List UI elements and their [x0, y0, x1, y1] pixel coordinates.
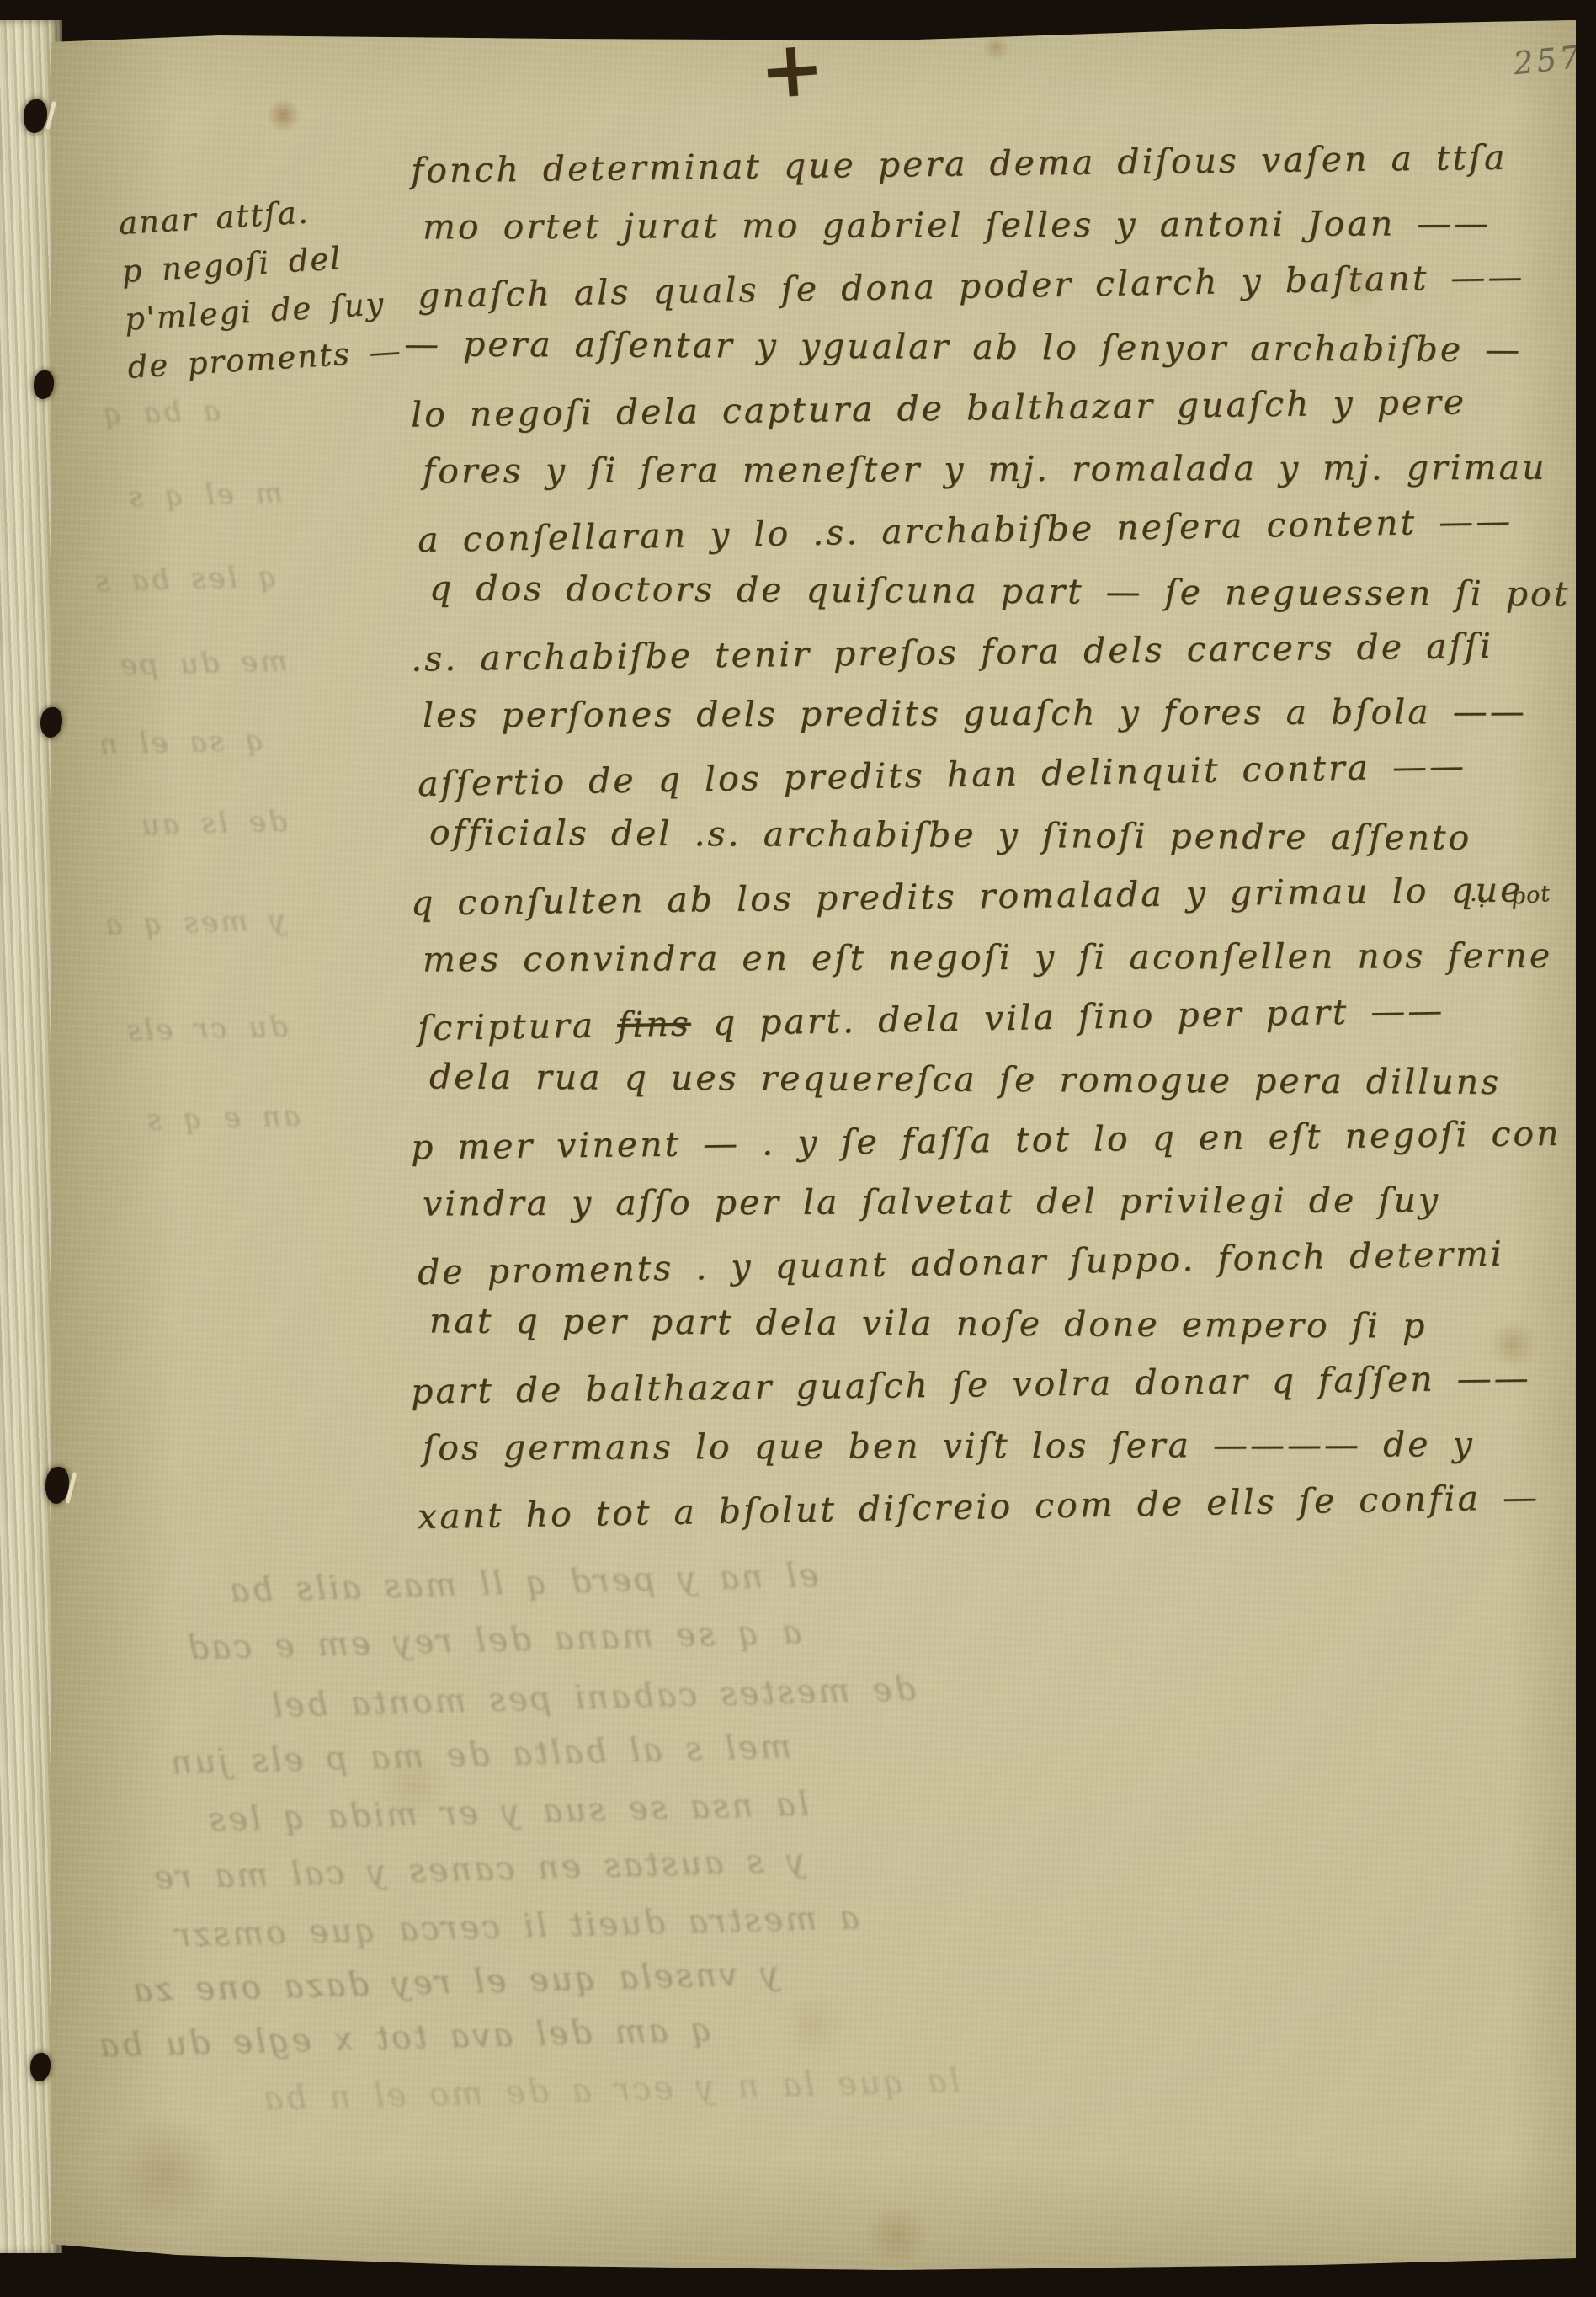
bleedthrough-fragment: a ba q — [101, 394, 221, 431]
text-line: q dos doctors de quiſcuna part — ſe negu… — [429, 557, 1589, 625]
text-line: xant ho tot a bſolut diſcreio com de ell… — [417, 1466, 1589, 1548]
text-line: .s. archabiſbe tenir preſos fora dels ca… — [411, 614, 1590, 690]
body-text: fonch determinat que pera dema diſous va… — [411, 133, 1589, 1538]
text-line: officials del .s. archabiſbe y ſinoſi pe… — [429, 802, 1589, 869]
text-line: nat q per part dela vila noſe done emper… — [429, 1290, 1589, 1357]
photo-backdrop: + 257 anar attſa. p negoſi del p'mlegi d… — [0, 0, 1596, 2297]
folio-number: 257 — [1512, 39, 1585, 82]
cross-mark: + — [756, 21, 827, 116]
text-line: part de balthazar guaſch ſe volra donar … — [411, 1346, 1590, 1422]
bleedthrough-line: el na y perd q ll mas ails ba — [227, 1557, 819, 1610]
text-line: dela rua q ues requereſca ſe romogue per… — [429, 1046, 1589, 1113]
bleedthrough-fragment: de ls au — [139, 805, 288, 843]
text-line: p mer vinent — . y ſe faſſa tot lo q en … — [411, 1102, 1590, 1178]
margin-note: anar attſa. p negoſi del p'mlegi de ſuy … — [117, 181, 431, 392]
interlinear-insertion: ·:· pot — [1467, 864, 1553, 932]
bleedthrough-fragment: m el q s — [126, 477, 284, 514]
bleedthrough-line: la que la n y ecr a de mo el n ba — [261, 2062, 960, 2118]
bleedthrough-fragment: du cr els — [125, 1010, 289, 1047]
bleedthrough-fragment: q les ba s — [93, 560, 278, 599]
text-line: q conſulten ab los predits romalada y gr… — [411, 858, 1590, 934]
struck-word: fins — [617, 1003, 692, 1045]
text-line: — pera aſſentar y ygualar ab lo ſenyor a… — [404, 313, 1589, 381]
text-segment: ſcriptura — [418, 1005, 618, 1048]
bleedthrough-line: de mestes cabani pes monta bel — [269, 1671, 917, 1725]
bleedthrough-line: la nsa se sua y er mida q les — [206, 1786, 810, 1840]
bleedthrough-fragment: q sa el n — [97, 723, 265, 761]
text-line: lo negoſi dela captura de balthazar guaſ… — [411, 370, 1590, 445]
text-line: fonch determinat que pera dema diſous va… — [411, 125, 1590, 201]
bleedthrough-line: q am del ava tot x egle du ba — [97, 2011, 713, 2065]
bleedthrough-fragment: me du pe — [118, 644, 289, 682]
bleedthrough-line: mel s al balta de ma p els jun — [168, 1728, 792, 1782]
bleedthrough-fragment: an e q s — [145, 1100, 301, 1138]
bleedthrough-fragment: y mes q a — [103, 903, 286, 942]
bleedthrough-line: a q se mana del rey em e cad — [185, 1613, 803, 1667]
bleedthrough-line: a mestra dueit li cerca que omszr — [173, 1899, 860, 1954]
bleedthrough-line: y s austas en canes y cal ma re — [152, 1842, 806, 1897]
text-segment: q part. dela vila ſino per part —— — [690, 990, 1444, 1044]
manuscript-page: + 257 anar attſa. p negoſi del p'mlegi d… — [51, 17, 1576, 2270]
bleedthrough-line: y vnsela que el rey daza one za — [130, 1955, 780, 2010]
